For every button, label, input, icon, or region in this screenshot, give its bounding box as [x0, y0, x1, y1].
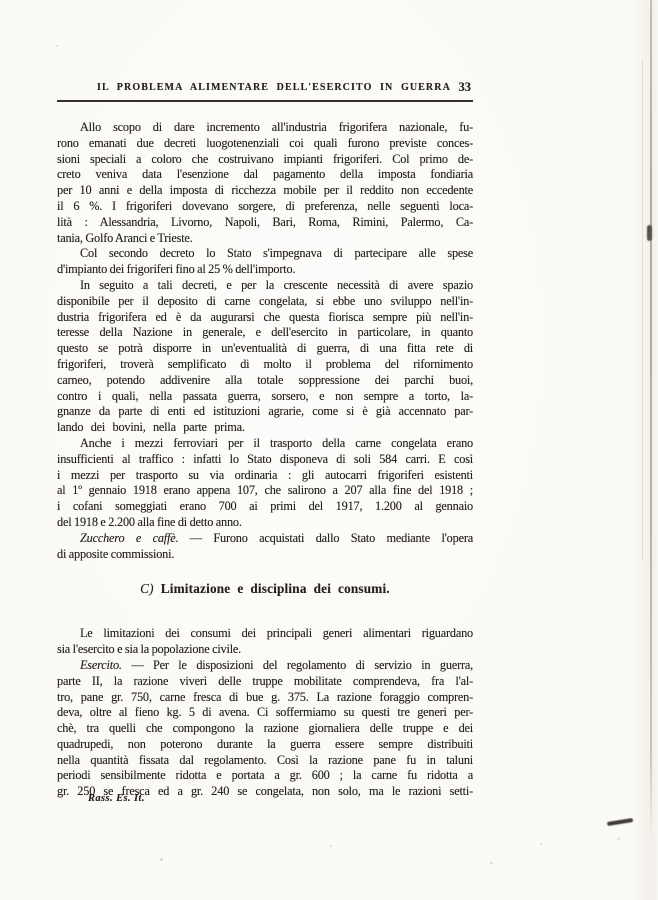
text-line: parte II, la razione viveri delle truppe… — [57, 674, 473, 690]
text-line: nella quantità fissata dal regolamento. … — [57, 753, 473, 769]
scanned-book-page: IL PROBLEMA ALIMENTARE DELL'ESERCITO IN … — [0, 0, 658, 900]
page-number: 33 — [459, 80, 472, 95]
scan-edge-line-faint — [642, 60, 643, 560]
text-line: dustria frigorifera ed è da augurarsi ch… — [57, 310, 473, 326]
text-line: al 1º gennaio 1918 erano appena 107, che… — [57, 483, 473, 499]
scan-speck — [330, 845, 332, 847]
text-line: tania, Golfo Aranci e Trieste. — [57, 231, 473, 247]
text-line: gnanze da parte di enti ed istituzioni a… — [57, 404, 473, 420]
text-line: il 6 %. I frigoriferi dovevano sorgere, … — [57, 199, 473, 215]
text-line: rono emanati due decreti luogotenenziali… — [57, 136, 473, 152]
text-line: frigoriferi, troverà semplificato di mol… — [57, 357, 473, 373]
text-line: sioni speciali a coloro che costruivano … — [57, 152, 473, 168]
scan-edge-line — [650, 0, 652, 838]
footer-signature: Rass. Es. It. — [88, 793, 145, 804]
text-line: i cofani someggiati erano 700 ai primi d… — [57, 499, 473, 515]
text-line: deva, oltre al fieno kg. 5 di avena. Ci … — [57, 705, 473, 721]
scan-speck — [540, 843, 542, 845]
text-line: Anche i mezzi ferroviari per il trasport… — [57, 436, 473, 452]
text-line: Allo scopo di dare incremento all'indust… — [57, 120, 473, 136]
text-line: del 1918 e 2.200 alla fine di detto anno… — [57, 515, 473, 531]
text-line: sia l'esercito e sia la popolazione civi… — [57, 642, 473, 658]
text-column: Allo scopo di dare incremento all'indust… — [57, 120, 473, 800]
text-line: Le limitazioni dei consumi dei principal… — [57, 626, 473, 642]
text-line: Esercito. — Per le disposizioni del rego… — [57, 658, 473, 674]
section-heading: C) Limitazione e disciplina dei consumi. — [57, 581, 473, 597]
text-line: d'impianto dei frigoriferi fino al 25 % … — [57, 262, 473, 278]
text-line: Col secondo decreto lo Stato s'impegnava… — [57, 246, 473, 262]
text-line: In seguito a tali decreti, e per la cres… — [57, 278, 473, 294]
text-line: Zucchero e caffè. — Furono acquistati da… — [57, 531, 473, 547]
scan-speck — [617, 837, 620, 840]
text-line: periodi sensibilmente ridotta e portata … — [57, 768, 473, 784]
text-line: questo se potrà disporre in un'eventuali… — [57, 341, 473, 357]
text-line: lità : Alessandria, Livorno, Napoli, Bar… — [57, 215, 473, 231]
text-line: insufficienti al traffico : infatti lo S… — [57, 452, 473, 468]
text-line: carneo, potendo addivenire alla totale s… — [57, 373, 473, 389]
scan-speck — [490, 862, 493, 864]
scan-dark-mark — [607, 818, 633, 826]
text-line: lando dei bovini, nella parte prima. — [57, 420, 473, 436]
text-line: per 10 anni e della imposta di ricchezza… — [57, 183, 473, 199]
text-line: i mezzi per trasporto su via ordinaria :… — [57, 468, 473, 484]
running-header: IL PROBLEMA ALIMENTARE DELL'ESERCITO IN … — [57, 82, 473, 93]
text-line: chè, tra quelli che compongono la razion… — [57, 721, 473, 737]
header-rule — [57, 100, 473, 102]
running-header-title: IL PROBLEMA ALIMENTARE DELL'ESERCITO IN … — [97, 82, 433, 93]
text-line: creto veniva data l'esenzione dal pagame… — [57, 167, 473, 183]
text-line: quadrupedi, non poterono durante la guer… — [57, 737, 473, 753]
text-line: tro, pane gr. 750, carne fresca di bue g… — [57, 690, 473, 706]
text-line: di apposite commissioni. — [57, 547, 473, 563]
text-line: contro i quali, nella passata guerra, so… — [57, 389, 473, 405]
scan-ink-blob — [647, 225, 652, 241]
scan-speck — [56, 45, 58, 47]
text-line: teresse della Nazione in generale, e del… — [57, 325, 473, 341]
text-line: disponibile per il deposito di carne con… — [57, 294, 473, 310]
scan-speck — [160, 858, 163, 861]
